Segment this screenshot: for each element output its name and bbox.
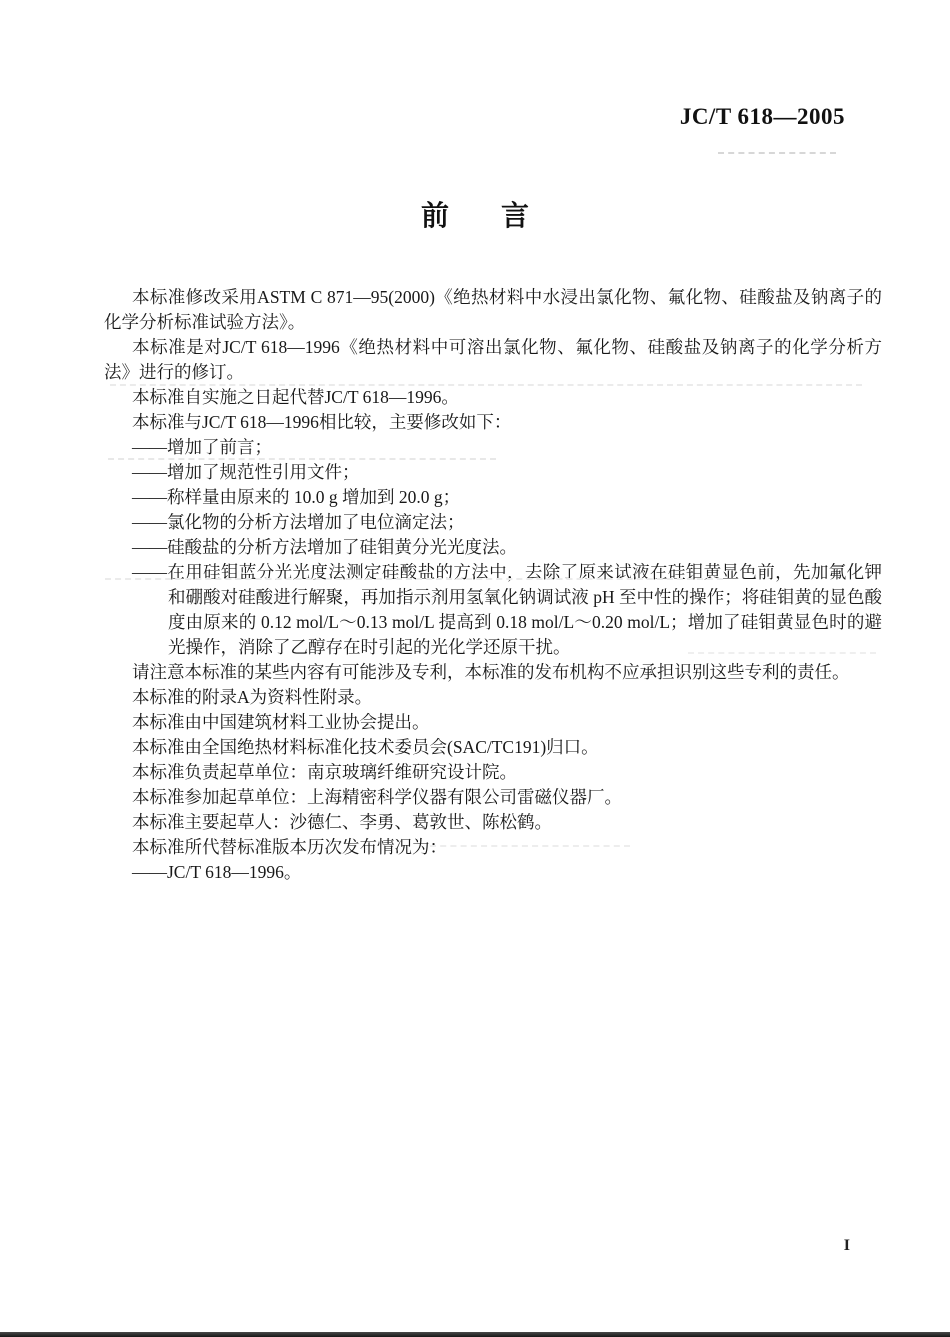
scan-artifact	[688, 652, 876, 654]
page-title: 前言	[0, 194, 950, 234]
foreword-paragraph: 本标准所代替标准版本历次发布情况为：	[104, 835, 882, 860]
foreword-paragraph: 本标准修改采用ASTM C 871—95(2000)《绝热材料中水浸出氯化物、氟…	[104, 285, 882, 335]
foreword-paragraph: 本标准由中国建筑材料工业协会提出。	[104, 710, 882, 735]
scan-artifact	[430, 845, 630, 847]
standard-number: JC/T 618—2005	[680, 104, 845, 130]
scan-bottom-edge	[0, 1332, 950, 1337]
foreword-paragraph: ——增加了规范性引用文件；	[104, 460, 882, 485]
foreword-paragraph: 本标准的附录A为资料性附录。	[104, 685, 882, 710]
page-number: I	[844, 1237, 850, 1255]
foreword-paragraph: ——JC/T 618—1996。	[104, 860, 882, 885]
scan-artifact	[718, 152, 836, 154]
foreword-paragraph: ——氯化物的分析方法增加了电位滴定法；	[104, 510, 882, 535]
foreword-paragraph: 本标准负责起草单位：南京玻璃纤维研究设计院。	[104, 760, 882, 785]
foreword-paragraph: ——增加了前言；	[104, 435, 882, 460]
foreword-body: 本标准修改采用ASTM C 871—95(2000)《绝热材料中水浸出氯化物、氟…	[104, 285, 882, 885]
scanned-standard-page: JC/T 618—2005 前言 本标准修改采用ASTM C 871—95(20…	[0, 0, 950, 1337]
foreword-paragraph: ——在用硅钼蓝分光光度法测定硅酸盐的方法中，去除了原来试液在硅钼黄显色前，先加氟…	[104, 560, 882, 660]
scan-artifact	[110, 384, 862, 386]
foreword-paragraph: 本标准参加起草单位：上海精密科学仪器有限公司雷磁仪器厂。	[104, 785, 882, 810]
foreword-paragraph: 本标准由全国绝热材料标准化技术委员会(SAC/TC191)归口。	[104, 735, 882, 760]
scan-artifact	[108, 458, 496, 460]
foreword-paragraph: 本标准主要起草人：沙德仁、李勇、葛敦世、陈松鹤。	[104, 810, 882, 835]
foreword-paragraph: 本标准是对JC/T 618—1996《绝热材料中可溶出氯化物、氟化物、硅酸盐及钠…	[104, 335, 882, 385]
foreword-paragraph: 请注意本标准的某些内容有可能涉及专利，本标准的发布机构不应承担识别这些专利的责任…	[104, 660, 882, 685]
foreword-paragraph: 本标准自实施之日起代替JC/T 618—1996。	[104, 385, 882, 410]
foreword-paragraph: 本标准与JC/T 618—1996相比较，主要修改如下：	[104, 410, 882, 435]
foreword-paragraph: ——硅酸盐的分析方法增加了硅钼黄分光光度法。	[104, 535, 882, 560]
scan-artifact	[105, 578, 723, 580]
foreword-paragraph: ——称样量由原来的 10.0 g 增加到 20.0 g；	[104, 485, 882, 510]
